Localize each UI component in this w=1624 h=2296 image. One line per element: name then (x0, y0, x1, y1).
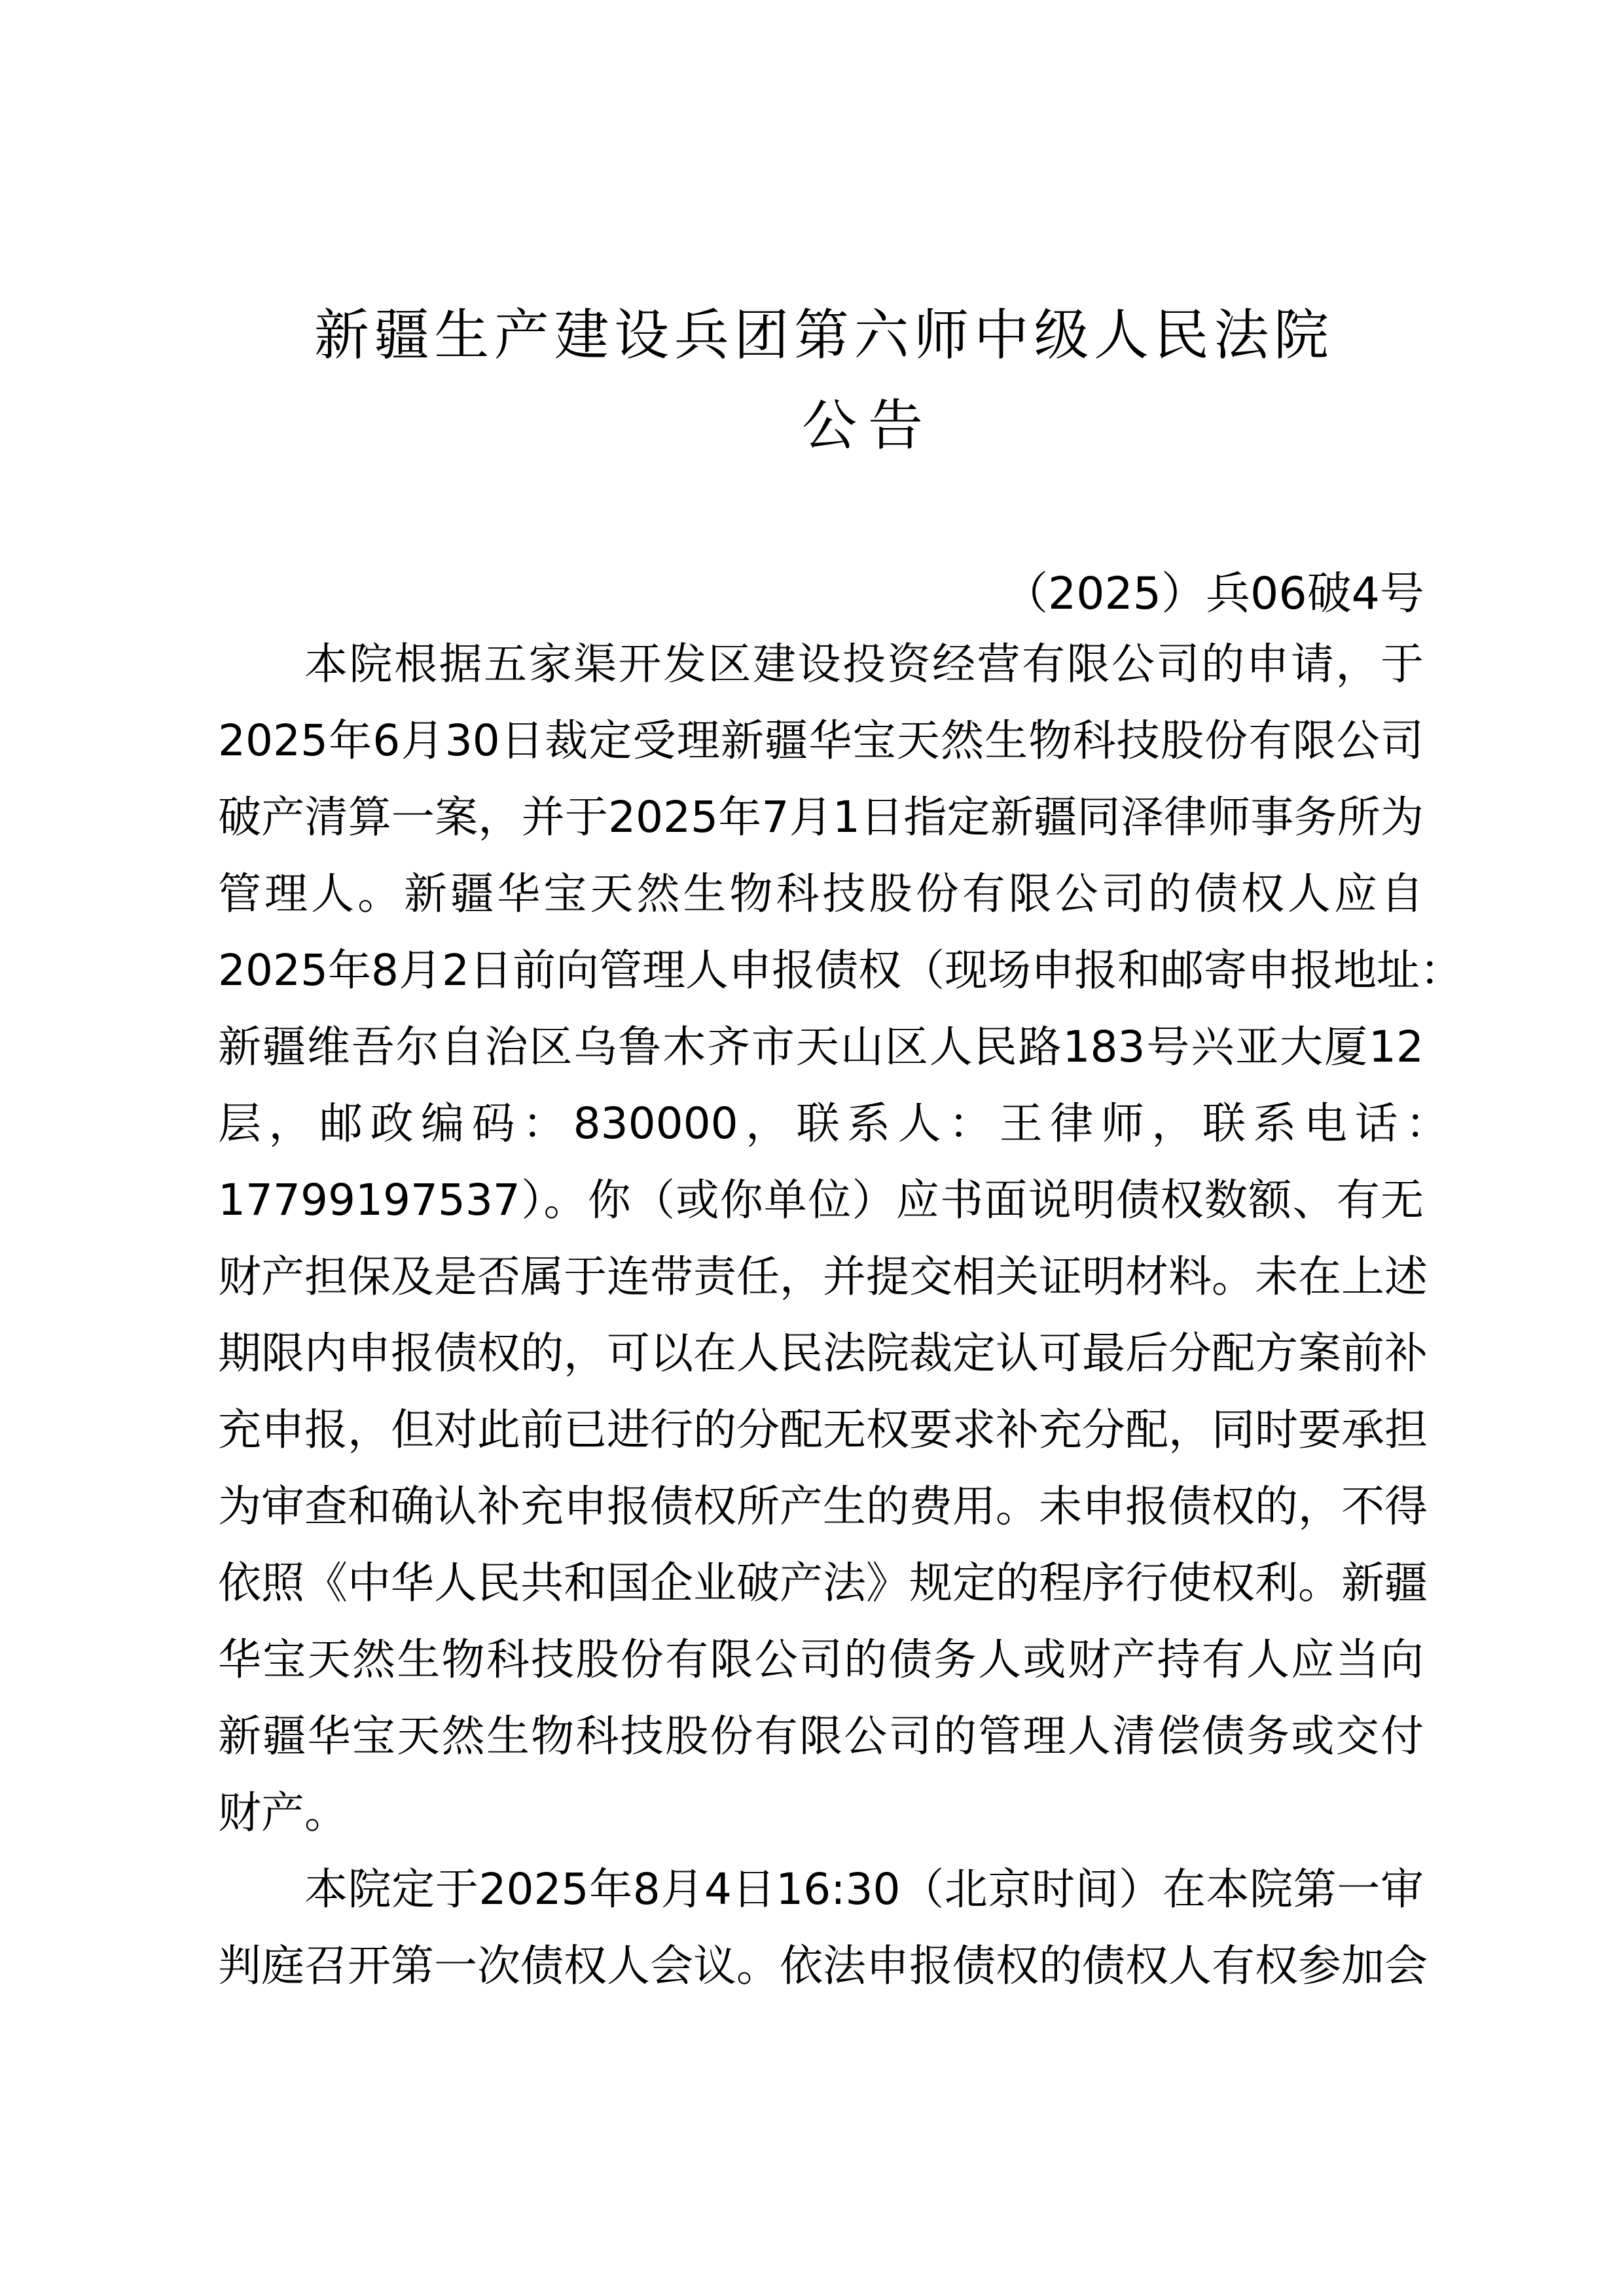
paragraph-line: 新疆华宝天然生物科技股份有限公司的管理人清偿债务或交付 (218, 1704, 1424, 1769)
paragraph-line: 判庭召开第一次债权人会议。依法申报债权的债权人有权参加会 (218, 1933, 1424, 1999)
paragraph-line: 17799197537）。你（或你单位）应书面说明债权数额、有无 (218, 1168, 1424, 1233)
paragraph-line: 管理人。新疆华宝天然生物科技股份有限公司的债权人应自 (218, 861, 1424, 927)
paragraph-line: 财产。 (218, 1780, 1424, 1846)
paragraph-line: 为审查和确认补充申报债权所产生的费用。未申报债权的，不得 (218, 1474, 1424, 1539)
paragraph-line: 本院定于2025年8月4日16:30（北京时间）在本院第一审 (304, 1857, 1424, 1922)
court-title: 新疆生产建设兵团第六师中级人民法院 (314, 302, 1329, 368)
paragraph-line: 层，邮政编码：830000，联系人：王律师，联系电话： (218, 1091, 1449, 1157)
paragraph-line: 2025年8月2日前向管理人申报债权（现场申报和邮寄申报地址： (218, 938, 1449, 1003)
notice-heading: 公告 (802, 393, 923, 458)
paragraph-line: 破产清算一案，并于2025年7月1日指定新疆同泽律师事务所为 (218, 785, 1424, 850)
paragraph-line: 充申报，但对此前已进行的分配无权要求补充分配，同时要承担 (218, 1397, 1424, 1463)
paragraph-line: 华宝天然生物科技股份有限公司的债务人或财产持有人应当向 (218, 1627, 1424, 1693)
document-page: 新疆生产建设兵团第六师中级人民法院 公告 （2025）兵06破4号 本院根据五家… (0, 0, 1624, 2296)
paragraph-line: 本院根据五家渠开发区建设投资经营有限公司的申请，于 (304, 632, 1424, 697)
paragraph-line: 新疆维吾尔自治区乌鲁木齐市天山区人民路183号兴亚大厦12 (218, 1014, 1424, 1080)
paragraph-line: 期限内申报债权的，可以在人民法院裁定认可最后分配方案前补 (218, 1321, 1424, 1386)
paragraph-line: 2025年6月30日裁定受理新疆华宝天然生物科技股份有限公司 (218, 708, 1424, 774)
paragraph-line: 依照《中华人民共和国企业破产法》规定的程序行使权利。新疆 (218, 1551, 1424, 1616)
case-number: （2025）兵06破4号 (1003, 562, 1305, 627)
paragraph-line: 财产担保及是否属于连带责任，并提交相关证明材料。未在上述 (218, 1244, 1424, 1310)
